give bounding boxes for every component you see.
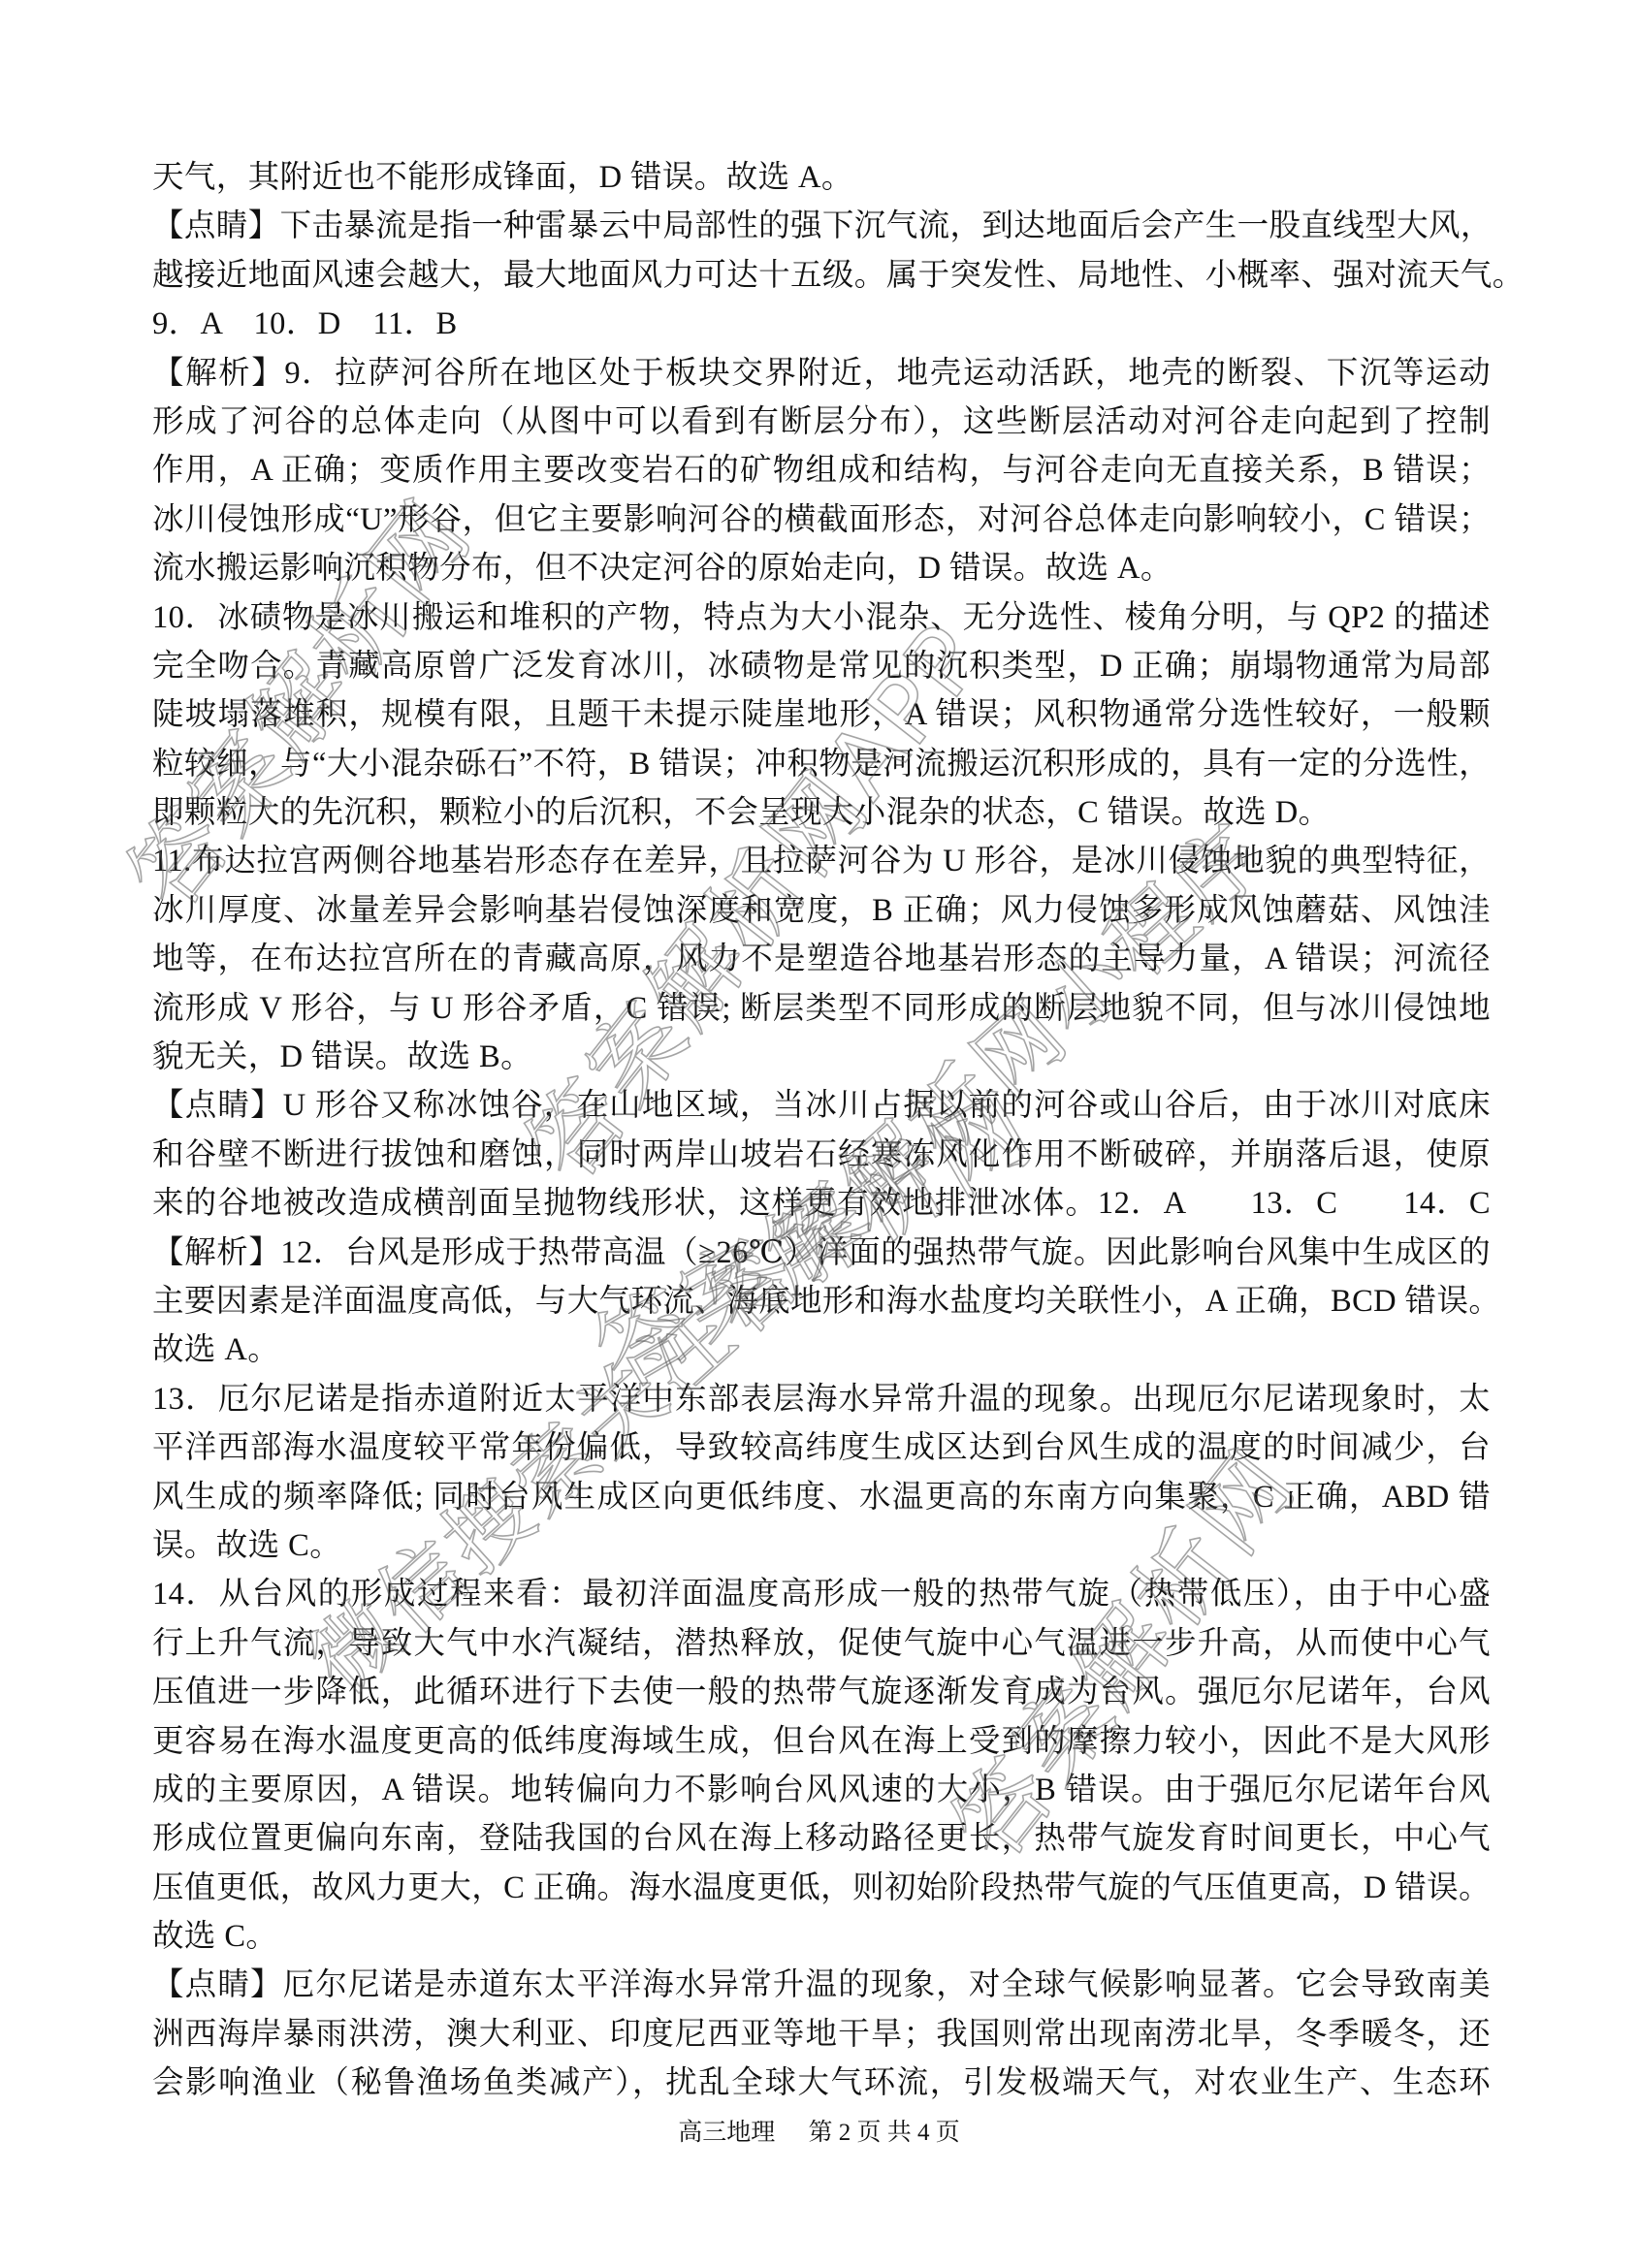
text-line: 平洋西部海水温度较平常年份偏低，导致较高纬度生成区达到台风生成的温度的时间减少，…	[152, 1423, 1491, 1472]
text-line: 主要因素是洋面温度高低，与大气环流、海底地形和海水盐度均关联性小，A 正确，BC…	[152, 1277, 1491, 1326]
text-line: 行上升气流，导致大气中水汽凝结，潜热释放，促使气旋中心气温进一步升高，从而使中心…	[152, 1619, 1491, 1668]
text-line: 冰川厚度、冰量差异会影响基岩侵蚀深度和宽度，B 正确；风力侵蚀多形成风蚀蘑菇、风…	[152, 886, 1491, 935]
footer-subject: 高三地理	[678, 2120, 775, 2146]
text-line: 地等，在布达拉宫所在的青藏高原，风力不是塑造谷地基岩形态的主导力量，A 错误；河…	[152, 935, 1491, 983]
text-line: 完全吻合。青藏高原曾广泛发育冰川，冰碛物是常见的沉积类型，D 正确；崩塌物通常为…	[152, 642, 1491, 690]
text-line: 形成了河谷的总体走向（从图中可以看到有断层分布），这些断层活动对河谷走向起到了控…	[152, 398, 1491, 446]
text-line: 洲西海岸暴雨洪涝，澳大利亚、印度尼西亚等地干旱；我国则常出现南涝北旱，冬季暖冬，…	[152, 2010, 1491, 2059]
text-line: 【点睛】U 形谷又称冰蚀谷，在山地区域，当冰川占据以前的河谷或山谷后，由于冰川对…	[152, 1081, 1491, 1130]
text-line: 形成位置更偏向东南，登陆我国的台风在海上移动路径更长，热带气旋发育时间更长，中心…	[152, 1814, 1491, 1863]
text-line: 10．冰碛物是冰川搬运和堆积的产物，特点为大小混杂、无分选性、棱角分明，与 QP…	[152, 593, 1491, 642]
text-line: 即颗粒大的先沉积，颗粒小的后沉积，不会呈现大小混杂的状态，C 错误。故选 D。	[152, 788, 1491, 837]
text-line: 13．厄尔尼诺是指赤道附近太平洋中东部表层海水异常升温的现象。出现厄尔尼诺现象时…	[152, 1375, 1491, 1423]
text-line: 会影响渔业（秘鲁渔场鱼类减产），扰乱全球大气环流，引发极端天气，对农业生产、生态…	[152, 2059, 1491, 2107]
document-body: 天气，其附近也不能形成锋面，D 错误。故选 A。 【点睛】下击暴流是指一种雷暴云…	[152, 153, 1491, 2108]
text-line: 11.布达拉宫两侧谷地基岩形态存在差异，且拉萨河谷为 U 形谷，是冰川侵蚀地貌的…	[152, 837, 1491, 885]
text-line: 故选 C。	[152, 1912, 1491, 1961]
text-line: 14．从台风的形成过程来看：最初洋面温度高形成一般的热带气旋（热带低压），由于中…	[152, 1570, 1491, 1618]
text-line: 越接近地面风速会越大，最大地面风力可达十五级。属于突发性、局地性、小概率、强对流…	[152, 251, 1491, 300]
text-line: 流水搬运影响沉积物分布，但不决定河谷的原始走向，D 错误。故选 A。	[152, 544, 1491, 592]
text-line: 貌无关，D 错误。故选 B。	[152, 1033, 1491, 1081]
text-line: 成的主要原因，A 错误。地转偏向力不影响台风风速的大小，B 错误。由于强厄尔尼诺…	[152, 1766, 1491, 1814]
text-line: 压值进一步降低，此循环进行下去使一般的热带气旋逐渐发育成为台风。强厄尔尼诺年，台…	[152, 1668, 1491, 1716]
text-line: 作用，A 正确；变质作用主要改变岩石的矿物组成和结构，与河谷走向无直接关系，B …	[152, 446, 1491, 495]
text-line: 【解析】12．台风是形成于热带高温（≥26℃）洋面的强热带气旋。因此影响台风集中…	[152, 1229, 1491, 1277]
text-line: 陡坡塌落堆积，规模有限，且题干未提示陡崖地形，A 错误；风积物通常分选性较好，一…	[152, 690, 1491, 739]
text-line: 【点睛】厄尔尼诺是赤道东太平洋海水异常升温的现象，对全球气候影响显著。它会导致南…	[152, 1961, 1491, 2009]
text-line: 压值更低，故风力更大，C 正确。海水温度更低，则初始阶段热带气旋的气压值更高，D…	[152, 1864, 1491, 1912]
text-line: 天气，其附近也不能形成锋面，D 错误。故选 A。	[152, 153, 1491, 202]
document-page: 天气，其附近也不能形成锋面，D 错误。故选 A。 【点睛】下击暴流是指一种雷暴云…	[0, 0, 1638, 2268]
text-line: 更容易在海水温度更高的低纬度海域生成，但台风在海上受到的摩擦力较小，因此不是大风…	[152, 1717, 1491, 1766]
text-line: 【解析】9．拉萨河谷所在地区处于板块交界附近，地壳运动活跃，地壳的断裂、下沉等运…	[152, 349, 1491, 398]
page-footer: 高三地理 第 2 页 共 4 页	[0, 2114, 1638, 2153]
text-line: 流形成 V 形谷，与 U 形谷矛盾，C 错误; 断层类型不同形成的断层地貌不同，…	[152, 984, 1491, 1033]
answer-line: 9．A 10．D 11．B	[152, 300, 1491, 348]
footer-page-number: 第 2 页 共 4 页	[809, 2120, 960, 2146]
text-line: 误。故选 C。	[152, 1521, 1491, 1570]
text-line: 【点睛】下击暴流是指一种雷暴云中局部性的强下沉气流，到达地面后会产生一股直线型大…	[152, 202, 1491, 250]
text-line: 粒较细，与“大小混杂砾石”不符，B 错误；冲积物是河流搬运沉积形成的，具有一定的…	[152, 740, 1491, 788]
text-line: 冰川侵蚀形成“U”形谷，但它主要影响河谷的横截面形态，对河谷总体走向影响较小，C…	[152, 495, 1491, 544]
text-line: 故选 A。	[152, 1326, 1491, 1374]
text-line: 和谷壁不断进行拔蚀和磨蚀，同时两岸山坡岩石经寒冻风化作用不断破碎，并崩落后退，使…	[152, 1131, 1491, 1179]
text-line: 风生成的频率降低; 同时台风生成区向更低纬度、水温更高的东南方向集聚，C 正确，…	[152, 1473, 1491, 1521]
text-line: 来的谷地被改造成横剖面呈抛物线形状，这样更有效地排泄冰体。12．A 13．C 1…	[152, 1179, 1491, 1228]
